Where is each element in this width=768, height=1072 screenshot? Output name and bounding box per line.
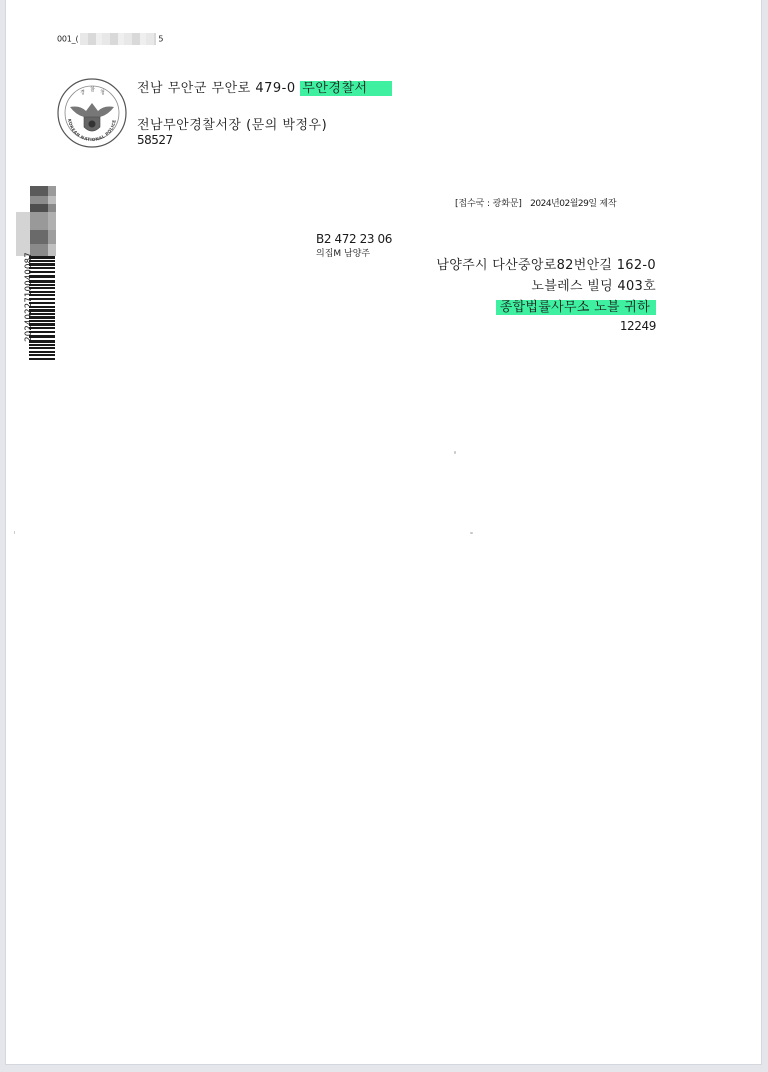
recipient-name-highlighted: 종합법률사무소 노블 귀하 <box>496 300 656 315</box>
recipient-address-line1: 남양주시 다산중앙로82번안길 162-0 <box>436 255 656 276</box>
document-id-suffix: 5 <box>158 35 163 44</box>
svg-text:청: 청 <box>100 89 105 96</box>
document-id: 001_(5 <box>57 33 163 45</box>
svg-text:경: 경 <box>80 89 85 96</box>
receipt-info: [접수국 : 광화문] 2024년02월29일 제작 <box>455 196 617 209</box>
registration-sub: 의집M 남양주 <box>316 246 370 259</box>
document-id-prefix: 001_( <box>57 35 78 44</box>
sender-postal-code: 58527 <box>137 133 173 147</box>
recipient-block: 남양주시 다산중앙로82번안길 162-0 노블레스 빌딩 403호 종합법률사… <box>436 255 656 335</box>
speck <box>470 532 473 534</box>
sender-address-text: 전남 무안군 무안로 479-0 <box>137 81 296 96</box>
sender-office-highlighted: 무안경찰서 <box>300 81 391 96</box>
sender-address: 전남 무안군 무안로 479-0 무안경찰서 <box>137 77 392 96</box>
sender-name: 전남무안경찰서장 (문의 박정우) <box>137 114 327 133</box>
redacted-qr-code <box>16 186 54 256</box>
barcode-number: 2024022710040087 <box>24 252 34 342</box>
speck <box>14 531 15 534</box>
svg-text:찰: 찰 <box>90 86 95 93</box>
registration-number: B2 472 23 06 <box>316 232 392 246</box>
speck <box>454 451 456 454</box>
police-emblem-icon: 경 찰 청 KOREAN NATIONAL POLICE AGENCY <box>56 77 128 149</box>
recipient-name: 종합법률사무소 노블 귀하 <box>436 297 656 318</box>
recipient-address-line2: 노블레스 빌딩 403호 <box>436 276 656 297</box>
receipt-date: 2024년02월29일 <box>530 199 596 209</box>
document-page: 001_(5 경 찰 청 KOREAN NATIONAL POLICE AGEN… <box>6 0 761 1064</box>
receipt-office: [접수국 : 광화문] <box>455 199 522 209</box>
recipient-postal-code: 12249 <box>436 318 656 335</box>
receipt-label: 제작 <box>599 199 616 209</box>
redacted-id <box>80 33 156 45</box>
